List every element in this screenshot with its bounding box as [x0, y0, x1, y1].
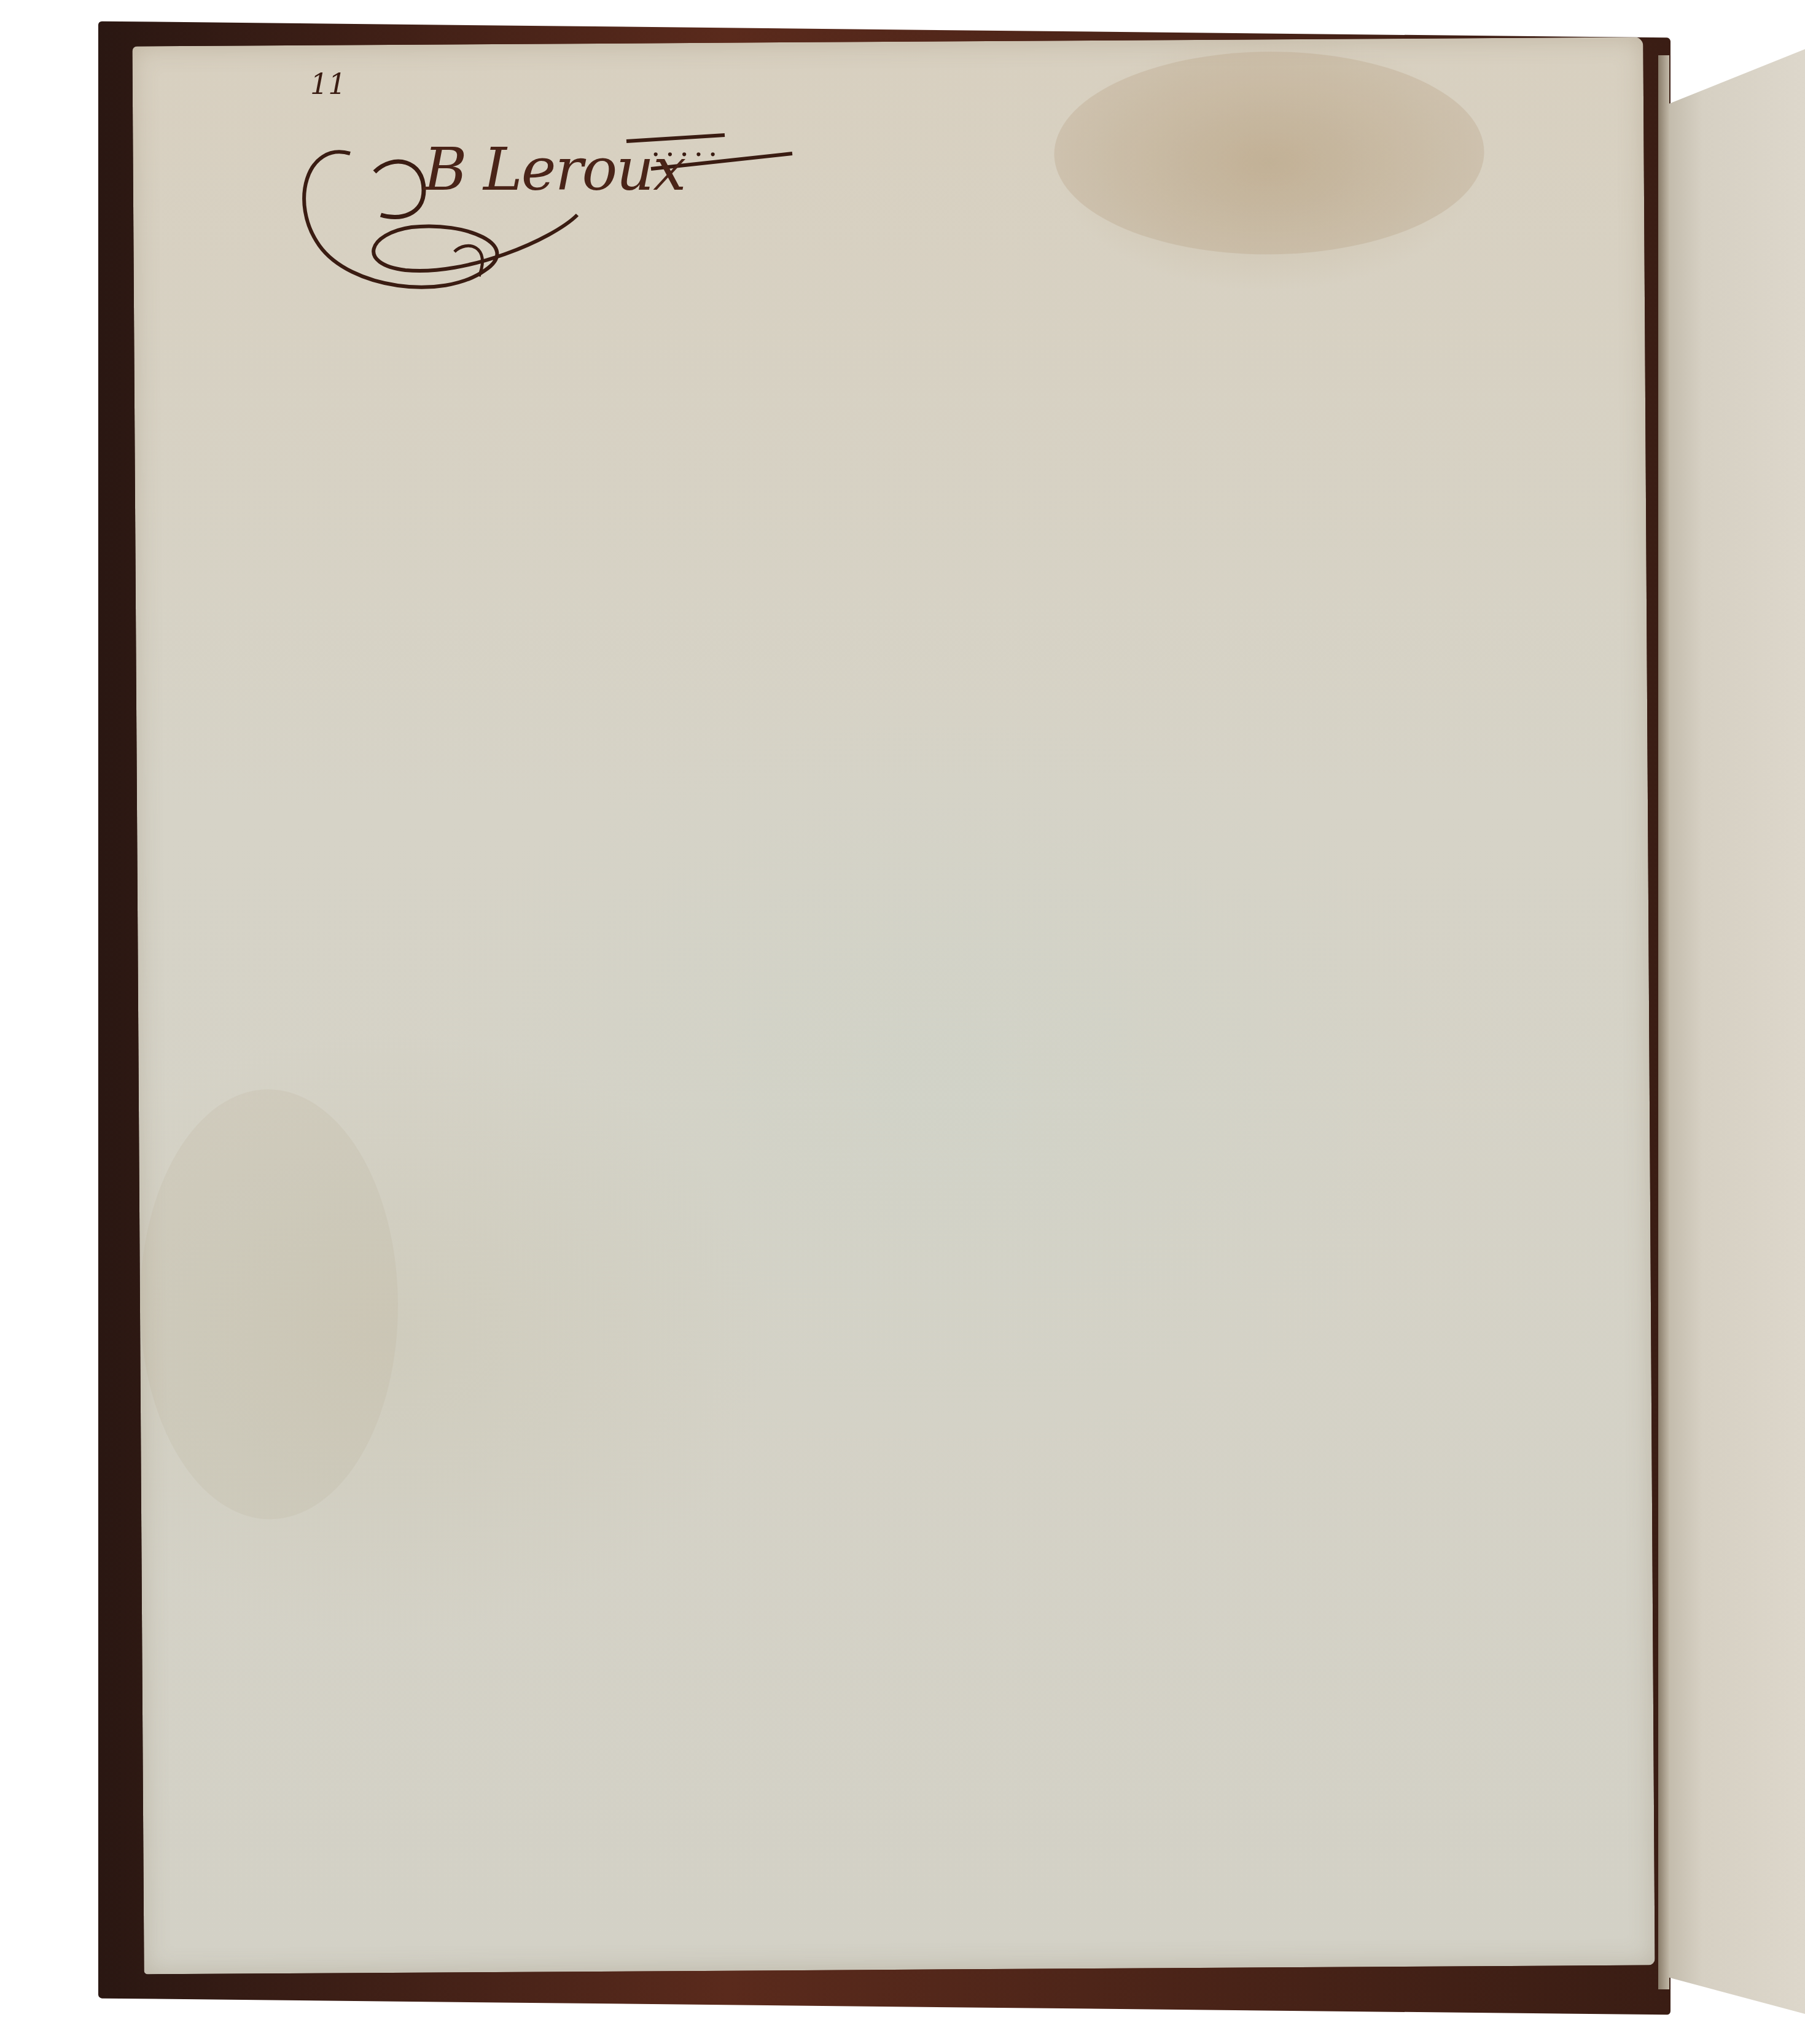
water-stain: [139, 1089, 399, 1520]
endpaper-page: [132, 37, 1655, 1975]
book-gutter: [1658, 55, 1669, 1989]
water-stain: [1054, 50, 1485, 255]
signature-text: B Leroux: [424, 135, 685, 204]
signature-dots: .....: [651, 129, 722, 163]
facing-page: [1658, 49, 1805, 2014]
handwritten-signature: 11 B Leroux .....: [283, 68, 835, 301]
